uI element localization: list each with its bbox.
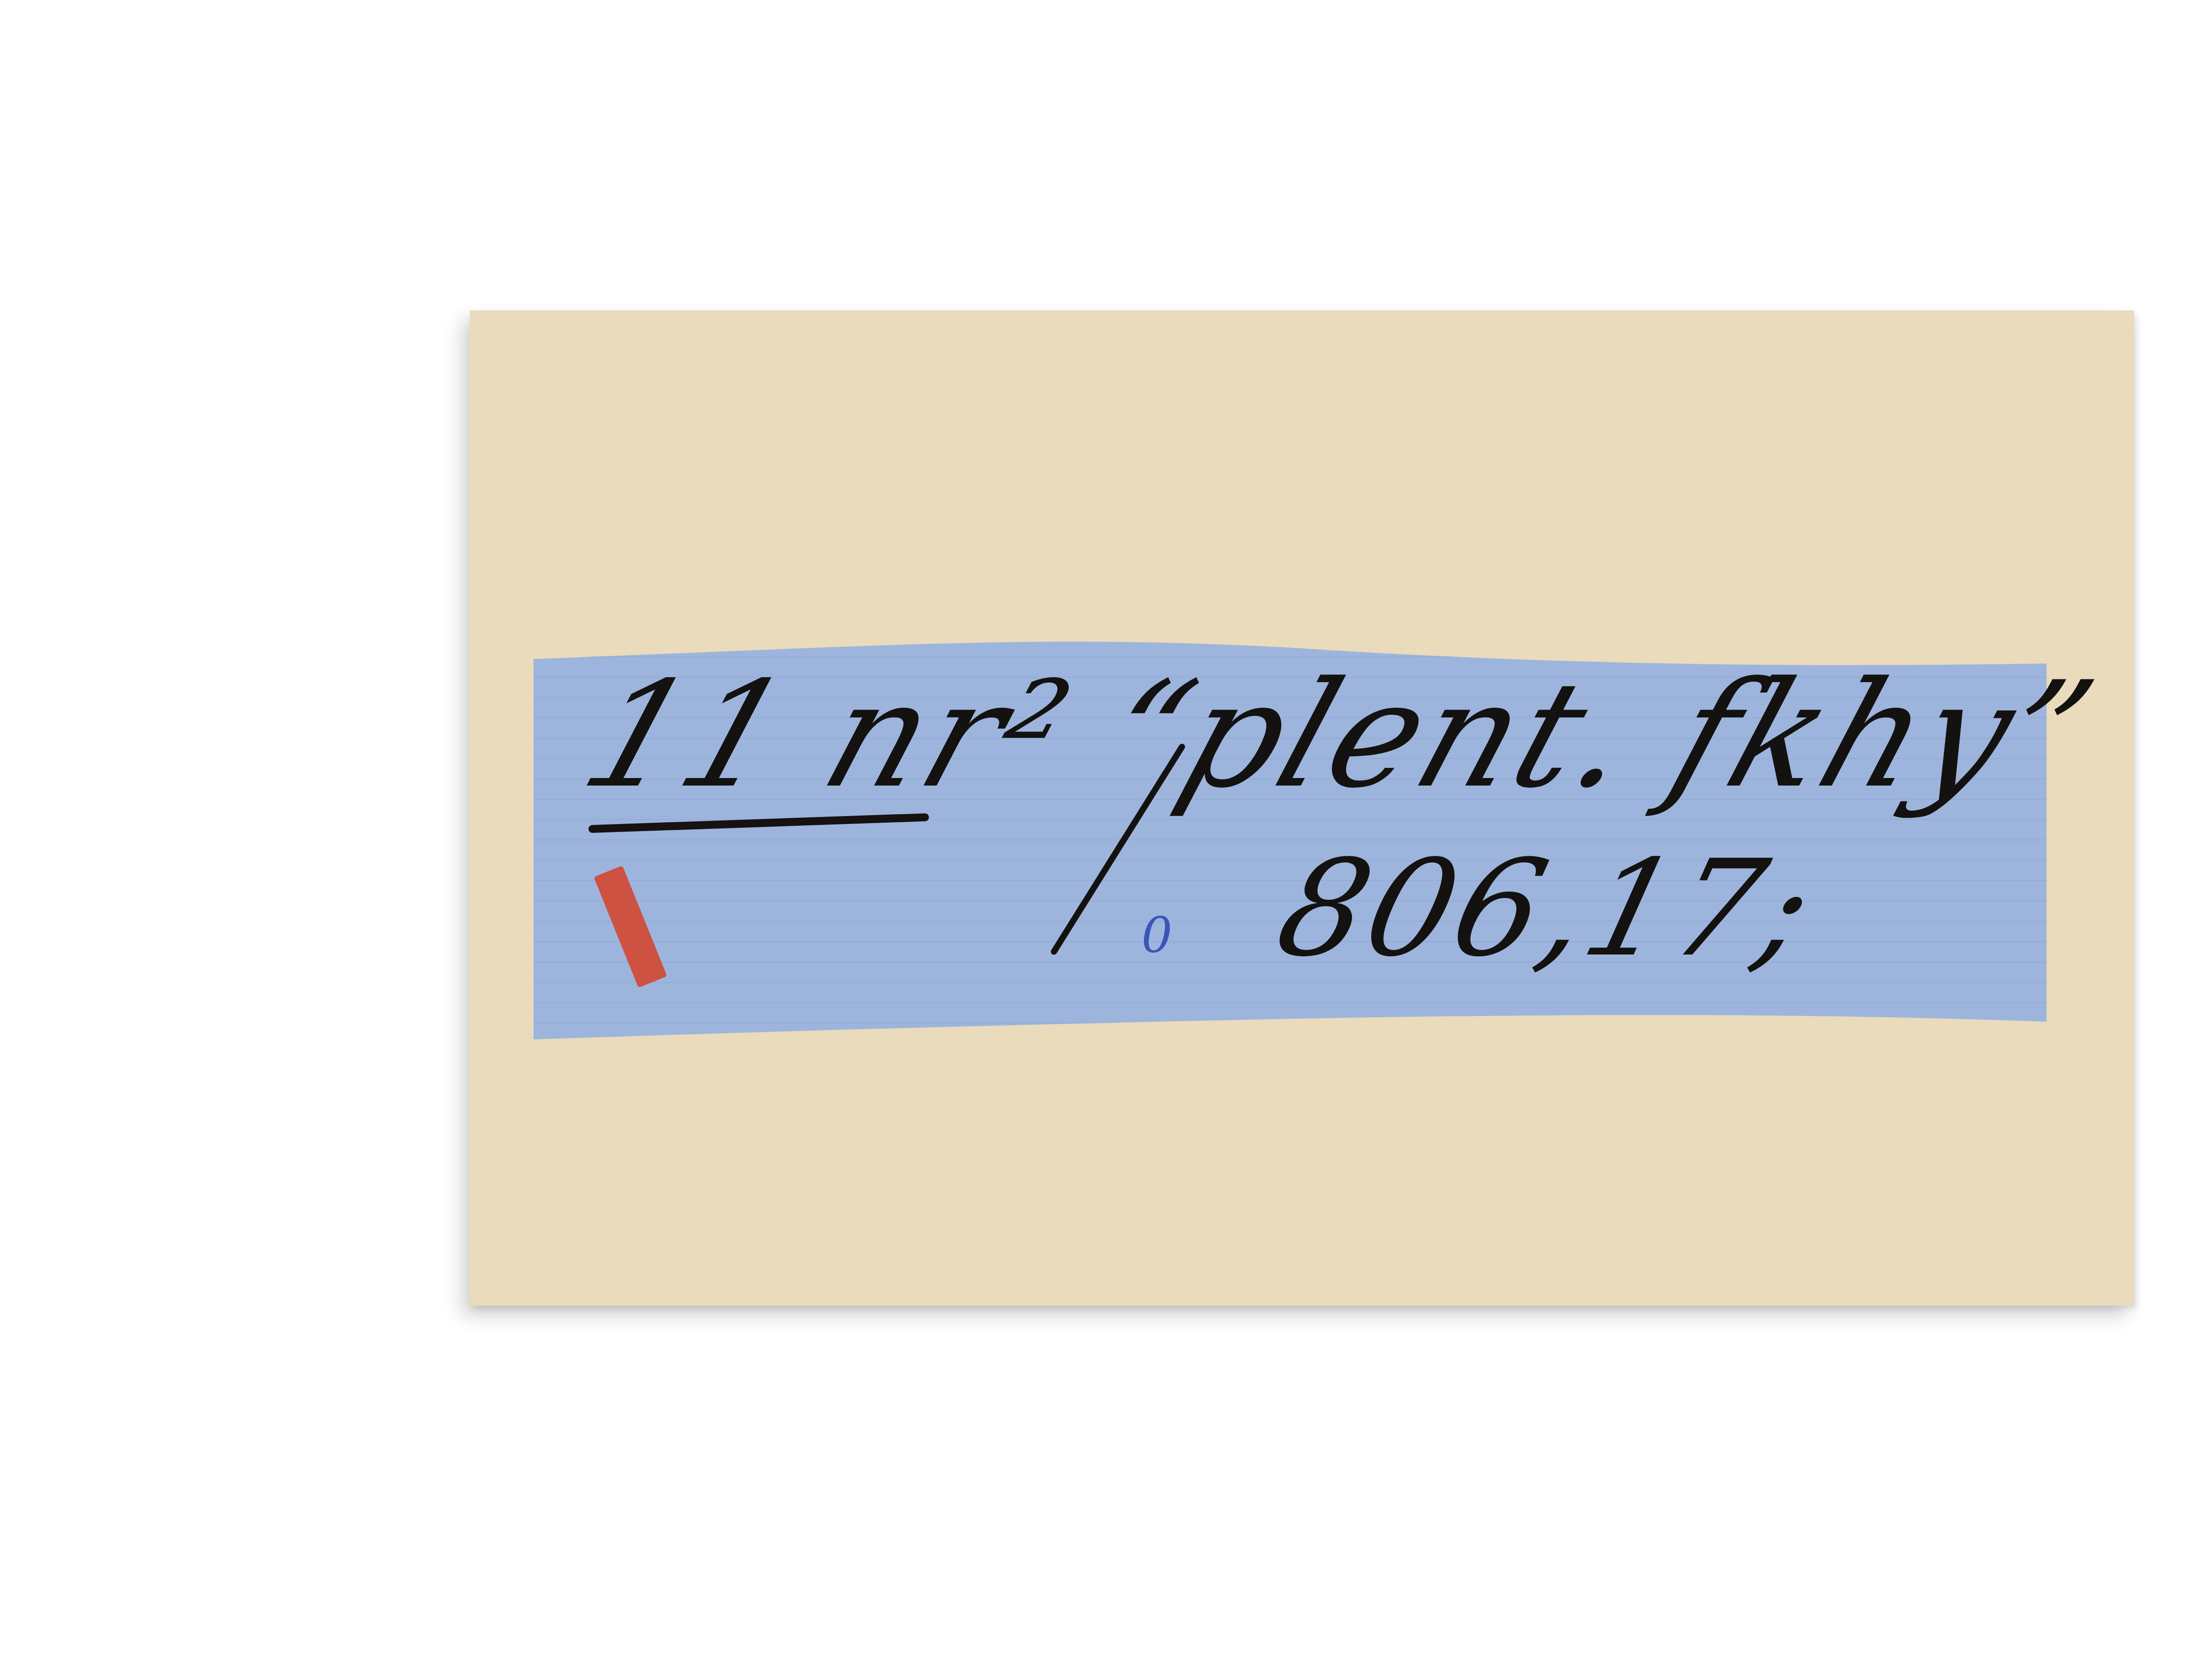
blue-pencil-mark: 0 [1141,907,1172,963]
handwriting-line-1: 11 nr² “plent. fkhy” [565,650,2115,820]
handwriting-line-2: 806,17; [1263,832,1830,986]
